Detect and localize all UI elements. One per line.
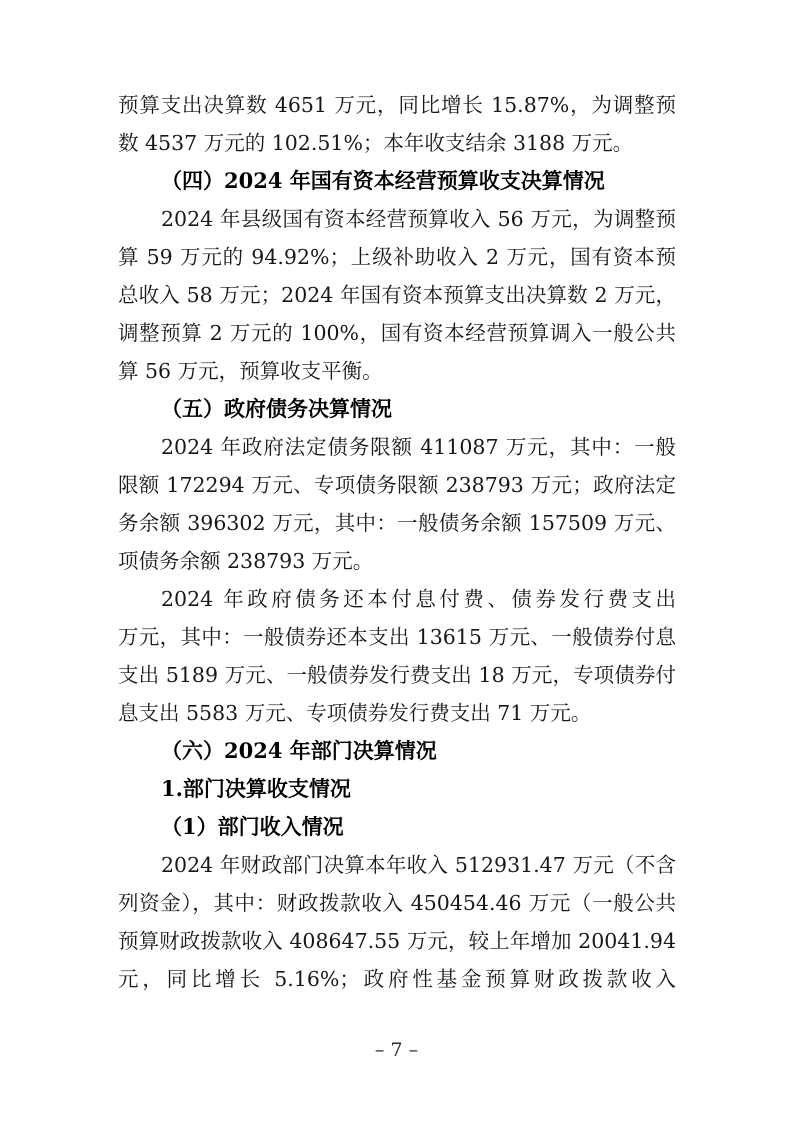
page-number: – 7 – (375, 1039, 418, 1061)
body-text-line: 支出 5189 万元、一般债券发行费支出 18 万元，专项债券付 (118, 656, 676, 694)
heading-line: （四）2024 年国有资本经营预算收支决算情况 (118, 162, 676, 200)
heading-line: （1）部门收入情况 (118, 808, 676, 846)
body-text-line: 预算支出决算数 4651 万元，同比增长 15.87%，为调整预算 (118, 86, 676, 124)
body-text-line: 2024 年县级国有资本经营预算收入 56 万元，为调整预 (118, 200, 676, 238)
body-text-line: 算 59 万元的 94.92%；上级补助收入 2 万元，国有资本预算 (118, 238, 676, 276)
body-text-line: 调整预算 2 万元的 100%，国有资本经营预算调入一般公共预 (118, 314, 676, 352)
body-text-line: 预算财政拨款收入 408647.55 万元，较上年增加 20041.94 万 (118, 922, 676, 960)
body-text-line: 总收入 58 万元；2024 年国有资本预算支出决算数 2 万元，为 (118, 276, 676, 314)
body-text-line: 万元，其中：一般债券还本支出 13615 万元、一般债券付息 (118, 618, 676, 656)
body-text-line: 算 56 万元，预算收支平衡。 (118, 352, 676, 390)
document-content: 预算支出决算数 4651 万元，同比增长 15.87%，为调整预算数 4537 … (118, 86, 676, 998)
heading-line: 1.部门决算收支情况 (118, 770, 676, 808)
body-text-line: 务余额 396302 万元，其中：一般债务余额 157509 万元、专 (118, 504, 676, 542)
body-text-line: 2024 年财政部门决算本年收入 512931.47 万元（不含代 (118, 846, 676, 884)
body-text-line: 数 4537 万元的 102.51%；本年收支结余 3188 万元。 (118, 124, 676, 162)
heading-line: （六）2024 年部门决算情况 (118, 732, 676, 770)
body-text-line: 项债务余额 238793 万元。 (118, 542, 676, 580)
body-text-line: 限额 172294 万元、专项债务限额 238793 万元；政府法定债 (118, 466, 676, 504)
body-text-line: 2024 年政府债务还本付息付费、债券发行费支出 24476 (118, 580, 676, 618)
document-page: 预算支出决算数 4651 万元，同比增长 15.87%，为调整预算数 4537 … (0, 0, 793, 1122)
body-text-line: 元，同比增长 5.16%；政府性基金预算财政拨款收入 41804.65 (118, 960, 676, 998)
body-text-line: 列资金），其中：财政拨款收入 450454.46 万元（一般公共 (118, 884, 676, 922)
page-footer: – 7 – (0, 1038, 793, 1062)
heading-line: （五）政府债务决算情况 (118, 390, 676, 428)
body-text-line: 息支出 5583 万元、专项债券发行费支出 71 万元。 (118, 694, 676, 732)
body-text-line: 2024 年政府法定债务限额 411087 万元，其中：一般债务 (118, 428, 676, 466)
